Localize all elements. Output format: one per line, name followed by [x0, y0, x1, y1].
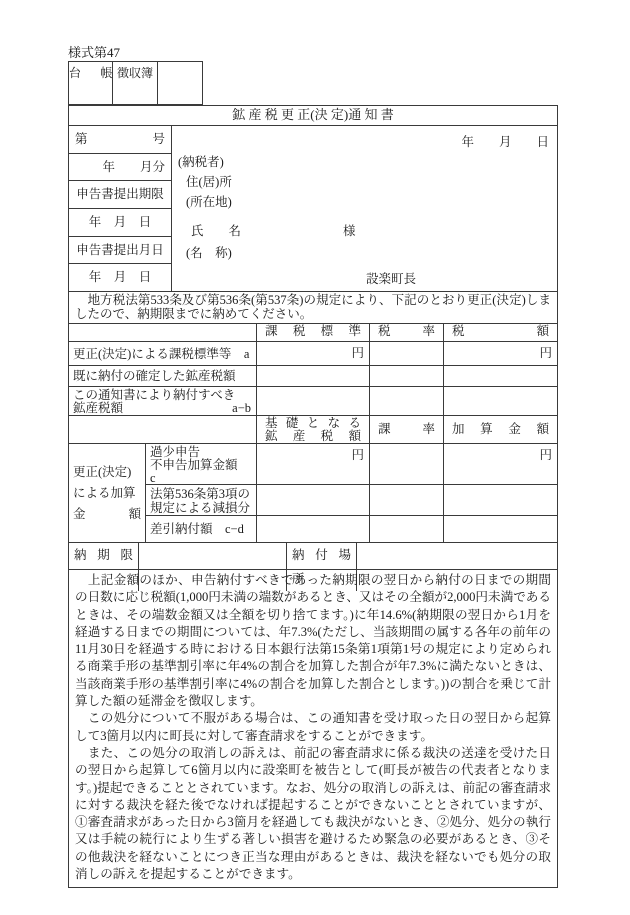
mayor-title: 設楽町長: [366, 272, 416, 286]
notification-form-page: 様式第47 台 帳 徴収簿 鉱 産 税 更 正(決 定)通 知 書 第 号 年 …: [0, 0, 630, 915]
main-form-table: 鉱 産 税 更 正(決 定)通 知 書 第 号 年 月分 申告書提出期限 年 月…: [68, 105, 558, 888]
group-label-line3: 金 額: [73, 504, 141, 525]
row-b-label: 既に納付の確定した鉱産税額 b: [69, 366, 257, 386]
delinquency-charge-paragraph: 上記金額のほか、申告納付すべきであった納期限の翌日から納付の日までの期間の日数に…: [75, 572, 551, 710]
row-c-label-line2: 不申告加算金額 c: [150, 459, 253, 484]
ledger-cell-choshubo: 徴収簿: [113, 62, 157, 104]
return-submit-date-label: 申告書提出月日: [69, 236, 171, 264]
row-b-tax-rate-cell: [370, 366, 444, 386]
table2-header-rate: 課 率: [370, 416, 444, 443]
honorific-sama: 様: [343, 221, 356, 239]
table1-header-row: 課 税 標 準 税 率 税 額: [69, 323, 557, 341]
table1-row-a-minus-b: この通知書により納付すべき 鉱産税額 a−b: [69, 386, 557, 415]
doc-number-label: 第 号: [69, 126, 171, 153]
submit-date-label: 年 月 日: [69, 263, 171, 291]
table1-header-tax-base: 課 税 標 準: [257, 324, 370, 341]
row-ab-label-line2-text: 鉱産税額: [73, 402, 123, 415]
name-line: 氏 名 様: [191, 221, 241, 239]
explanatory-notes: 上記金額のほか、申告納付すべきであった納期限の翌日から納付の日までの期間の日数に…: [69, 569, 557, 887]
tax-period-label: 年 月分: [69, 153, 171, 181]
due-date-row: 納 期 限 納 付 場 所: [69, 542, 557, 569]
row-ab-tax-base-cell: [257, 387, 370, 415]
row-a-tax-base-cell: 円: [257, 342, 370, 365]
table2-header-row: 基 礎 と な る 鉱 産 税 額 課 率 加 算 金 額: [69, 415, 557, 443]
taxpayer-label: (納税者): [178, 152, 224, 170]
table2-row-c: 過少申告 不申告加算金額 c 重 円 円: [146, 444, 557, 484]
table1-header-tax-amount: 税 額: [444, 324, 557, 341]
deadline-date-label: 年 月 日: [69, 208, 171, 236]
mayor-line: 設楽町長 印: [366, 269, 416, 287]
issue-date: 年 月 日: [461, 132, 549, 150]
row-cd-rate-cell: [370, 516, 444, 542]
header-left-column: 第 号 年 月分 申告書提出期限 年 月 日 申告書提出月日 年 月 日: [69, 126, 172, 291]
address-label: 住(居)所: [186, 172, 232, 190]
row-d-amount-cell: [444, 485, 557, 515]
row-b-tax-base-cell: [257, 366, 370, 386]
row-a-tax-rate-cell: [370, 342, 444, 365]
row-ab-label-line2: 鉱産税額 a−b: [73, 402, 253, 415]
table2-header-blank: [69, 416, 257, 443]
row-c-rate-cell: [370, 444, 444, 484]
group-label-line2: による加算: [73, 483, 141, 504]
header-section: 第 号 年 月分 申告書提出期限 年 月 日 申告書提出月日 年 月 日 年 月…: [69, 125, 557, 291]
appeal-request-paragraph: この処分について不服がある場合は、この通知書を受け取った日の翌日から起算して3箇…: [75, 710, 551, 745]
row-cd-amount-cell: [444, 516, 557, 542]
row-c-label: 過少申告 不申告加算金額 c 重: [146, 444, 257, 484]
name-label: 氏 名: [191, 224, 241, 238]
row-a-label: 更正(決定)による課税標準等 a: [69, 342, 257, 365]
document-title: 鉱 産 税 更 正(決 定)通 知 書: [69, 106, 557, 125]
row-ab-label: この通知書により納付すべき 鉱産税額 a−b: [69, 387, 257, 415]
row-c-base-cell: 円: [257, 444, 370, 484]
row-d-label: 法第536条第3項の 規定による減損分d: [146, 485, 257, 515]
ledger-check-table: 台 帳 徴収簿: [68, 61, 203, 105]
form-number: 様式第47: [68, 42, 120, 61]
return-deadline-label: 申告書提出期限: [69, 180, 171, 208]
table2-row-d: 法第536条第3項の 規定による減損分d: [146, 484, 557, 515]
table1-header-blank: [69, 324, 257, 341]
addressee-area: 年 月 日 (納税者) 住(居)所 (所在地) 氏 名 様 (名 称) 設楽町長…: [172, 126, 557, 291]
ledger-cell-blank: [158, 62, 202, 104]
group-label-line1: 更正(決定): [73, 462, 141, 483]
table2-header-surcharge-amount: 加 算 金 額: [444, 416, 557, 443]
row-b-tax-amount-cell: [444, 366, 557, 386]
row-ab-tax-amount-cell: [444, 387, 557, 415]
row-cd-label: 差引納付額 c−d: [146, 516, 257, 542]
table1-row-a: 更正(決定)による課税標準等 a 円 円: [69, 341, 557, 365]
table2-row-c-minus-d: 差引納付額 c−d: [146, 515, 557, 542]
row-ab-formula: a−b: [232, 402, 251, 415]
row-c-amount-cell: 円: [444, 444, 557, 484]
row-d-rate-cell: [370, 485, 444, 515]
row-d-label-line1: 法第536条第3項の: [150, 487, 253, 501]
row-cd-base-cell: [257, 516, 370, 542]
table1-row-b: 既に納付の確定した鉱産税額 b: [69, 365, 557, 386]
table1-header-tax-rate: 税 率: [370, 324, 444, 341]
lawsuit-paragraph: また、この処分の取消しの訴えは、前記の審査請求に係る裁決の送達を受けた日の翌日か…: [75, 745, 551, 883]
location-label: (所在地): [186, 192, 232, 210]
table2-body: 更正(決定) による加算 金 額 過少申告 不申告加算金額 c 重 円 円: [69, 443, 557, 542]
entity-name-label: (名 称): [186, 243, 232, 261]
ledger-cell-daicho: 台 帳: [69, 62, 113, 104]
table2-header-base-tax: 基 礎 と な る 鉱 産 税 額: [257, 416, 370, 443]
legal-notice-text: 地方税法第533条及び第536条(第537条)の規定により、下記のとおり更正(決…: [69, 291, 557, 323]
row-a-tax-amount-cell: 円: [444, 342, 557, 365]
surcharge-group-label: 更正(決定) による加算 金 額: [69, 444, 146, 542]
row-d-label-line2: 規定による減損分d: [150, 501, 253, 515]
row-ab-tax-rate-cell: [370, 387, 444, 415]
surcharge-subrows: 過少申告 不申告加算金額 c 重 円 円 法第536条第3項の 規定による減損分…: [146, 444, 557, 542]
row-d-base-cell: [257, 485, 370, 515]
base-tax-header-line2: 鉱 産 税 額: [265, 430, 361, 443]
